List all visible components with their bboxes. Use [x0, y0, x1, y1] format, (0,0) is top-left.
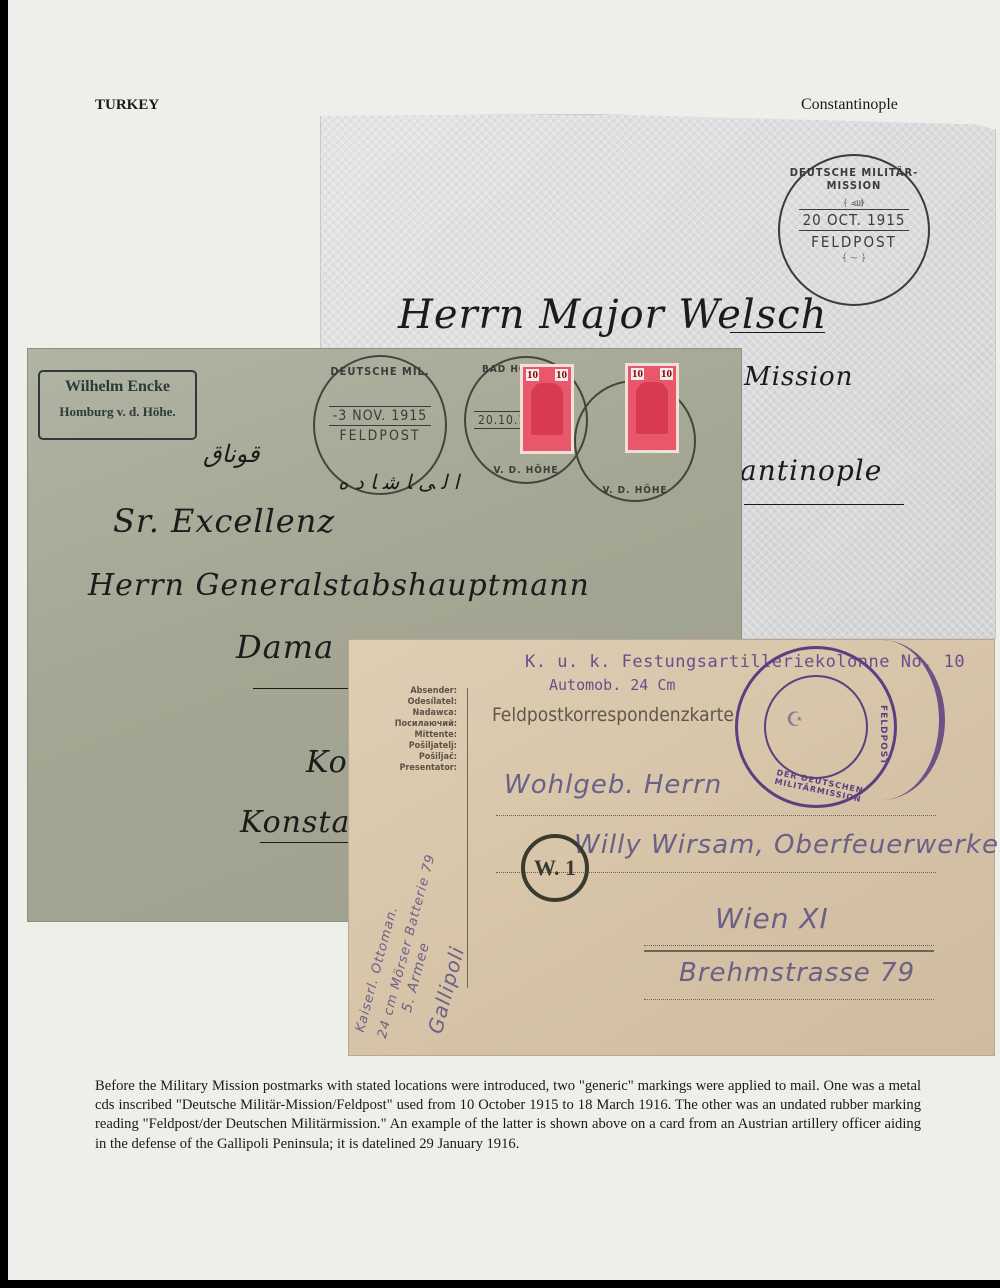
postmark-ring-text: DEUTSCHE MIL.: [330, 365, 429, 378]
postmark-date: 20 OCT. 1915: [799, 209, 910, 231]
ottoman-note: قوناق: [203, 440, 259, 468]
address-rule: [496, 815, 936, 816]
address-rule: [644, 945, 934, 946]
country-heading: TURKEY: [95, 97, 159, 114]
sender-town: Homburg v. d. Höhe.: [40, 404, 195, 420]
underline: [253, 688, 349, 689]
stamp-value: 10: [660, 368, 673, 380]
germania-figure-icon: [531, 383, 563, 435]
ottoman-address-icon: ﺍ ﻟ ﻰ ﺎ ﺷ ﺎ ﺩ ﻩ: [338, 470, 459, 494]
address-line-1: Sr. Excellenz: [113, 502, 335, 540]
postmark-feldpost-text: FELDPOST: [339, 428, 420, 444]
germania-figure-icon: [636, 382, 668, 434]
underline: [730, 332, 825, 333]
underline: [260, 842, 349, 843]
addressee-name: Willy Wirsam, Oberfeuerwerker: [574, 830, 1000, 860]
crescent-star-icon: ☪: [786, 707, 805, 731]
censor-mark-w1: W. 1: [521, 834, 589, 902]
sender-handwriting: Kaiserl. Ottoman. 24 cm Mörser Batterie …: [353, 840, 483, 1040]
address-line-4: Ko: [306, 745, 348, 780]
stamp-value: 10: [555, 369, 568, 381]
sender-label: Presentator:: [381, 763, 457, 774]
addressee-salutation: Wohlgeb. Herrn: [504, 770, 722, 800]
sender-label: Pošiljatelj:: [381, 741, 457, 752]
sender-cachet: Wilhelm Encke Homburg v. d. Höhe.: [38, 370, 197, 440]
addressee-city: Wien XI: [715, 902, 829, 935]
addressee-street: Brehmstrasse 79: [679, 958, 915, 988]
ottoman-script-icon: ﴾ ﷲ ﴿: [842, 198, 865, 209]
address-line-3: Dama: [236, 628, 334, 666]
address-line-2: Herrn Generalstabshauptmann: [88, 568, 590, 603]
crescent-stroke: [819, 640, 945, 800]
sender-label: Посилаючий:: [381, 719, 457, 730]
sender-label: Nadawca:: [381, 708, 457, 719]
sender-labels: Absender: Odesílatel: Nadawca: Посилаючи…: [381, 686, 457, 774]
address-rule: [644, 950, 934, 952]
descriptive-caption: Before the Military Mission postmarks wi…: [95, 1077, 921, 1154]
postage-stamp-germania-10: 10 10 DEUTSCHES REICH: [520, 364, 574, 454]
postmark-ring-text: DEUTSCHE MILITÄR-MISSION: [780, 166, 928, 192]
sender-label: Odesílatel:: [381, 697, 457, 708]
postmark-date: -3 NOV. 1915: [329, 406, 432, 426]
feldpost-card: K. u. k. Festungsartilleriekolonne No. 1…: [349, 640, 994, 1055]
postmark-bottom-text: V. D. HÖHE: [602, 485, 667, 496]
stamp-value: 10: [526, 369, 539, 381]
sender-line: Gallipoli: [423, 944, 469, 1037]
address-line-2: Mission: [744, 362, 853, 392]
sender-label: Mittente:: [381, 730, 457, 741]
postage-stamp-germania-10: 10 10 DEUTSCHES REICH: [625, 363, 679, 453]
postmark-militar-mission: DEUTSCHE MILITÄR-MISSION ﴾ ﷲ ﴿ 20 OCT. 1…: [778, 154, 930, 306]
sender-label: Absender:: [381, 686, 457, 697]
sender-label: Pošiljač:: [381, 752, 457, 763]
ottoman-script-icon: ﴾ ~ ﴿: [842, 253, 867, 264]
postmark-feldpost-text: FELDPOST: [811, 233, 897, 251]
stamp-value: 10: [631, 368, 644, 380]
location-heading: Constantinople: [801, 96, 898, 114]
address-line-3: antinople: [740, 454, 882, 487]
address-line-5: Konsta: [240, 805, 350, 840]
underline: [744, 504, 904, 505]
postmark-bottom-text: V. D. HÖHE: [493, 465, 558, 476]
sender-name: Wilhelm Encke: [40, 378, 195, 396]
card-title: Feldpostkorrespondenzkarte: [492, 704, 734, 726]
unit-cachet-line-2: Automob. 24 Cm: [549, 676, 675, 694]
address-rule: [644, 999, 934, 1000]
album-page: TURKEY Constantinople DEUTSCHE MILITÄR-M…: [8, 0, 1000, 1280]
